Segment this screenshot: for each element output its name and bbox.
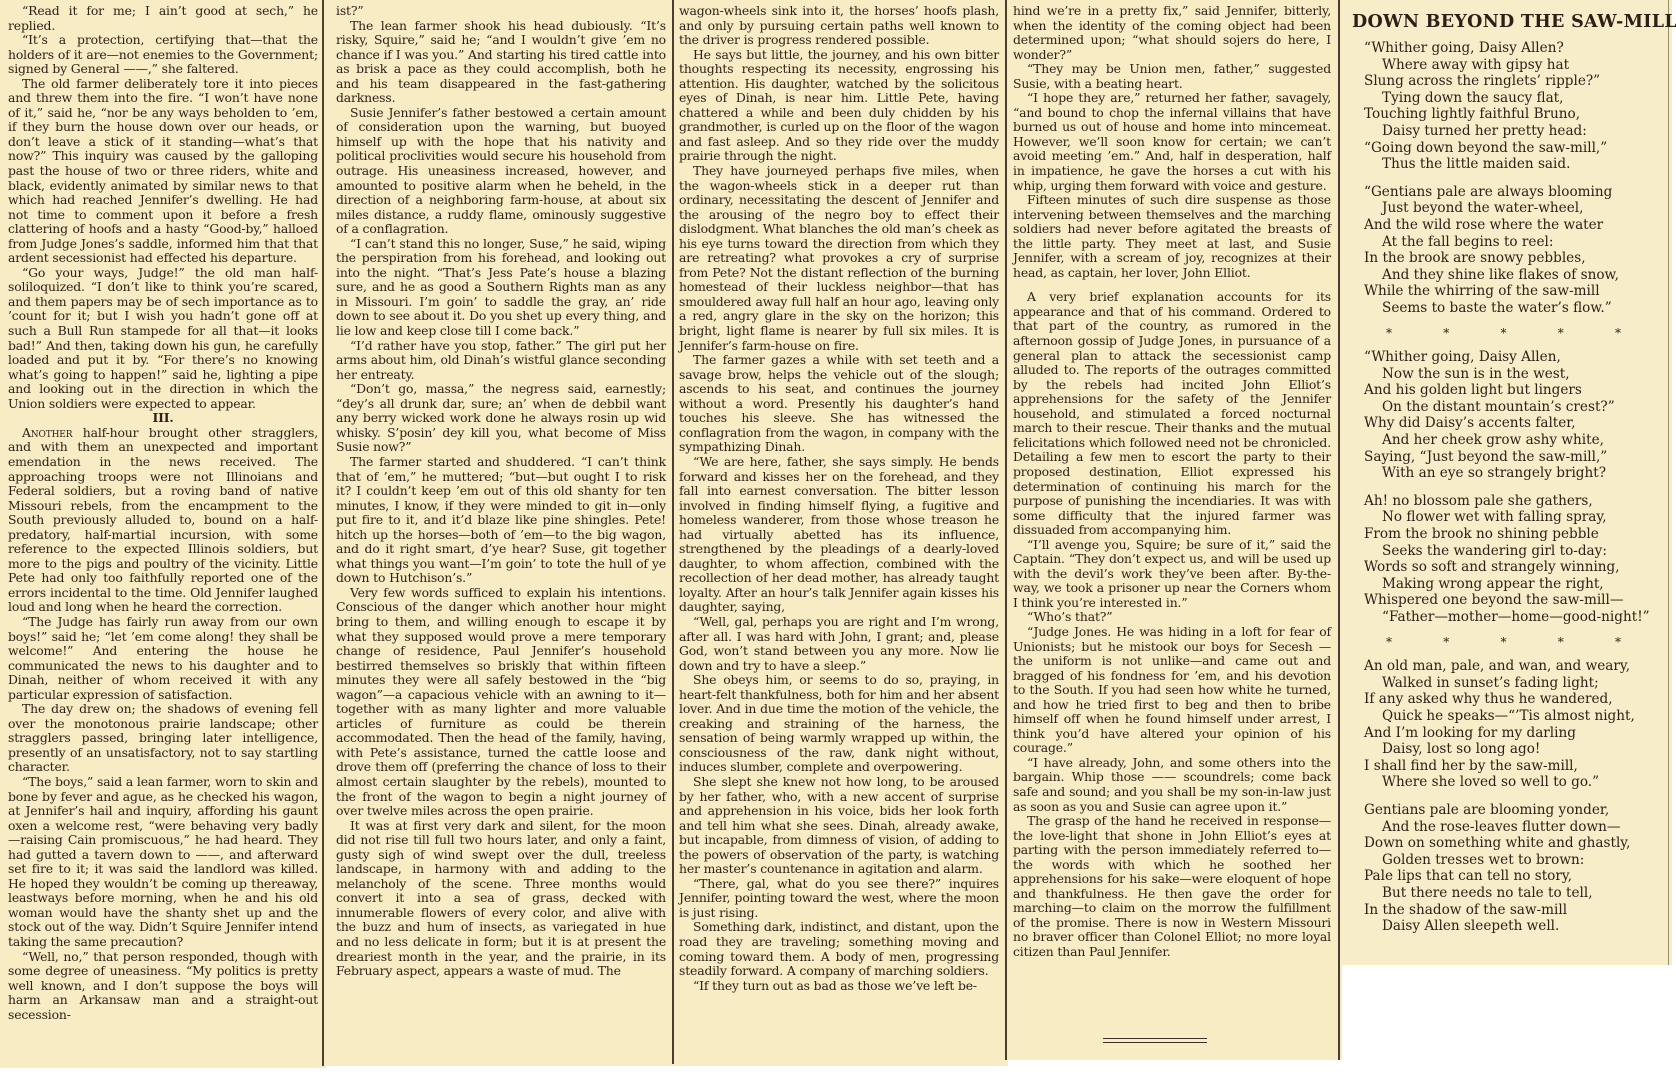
paragraph: The day drew on; the shadows of evening … [8,702,318,775]
poem-line: Daisy turned her pretty head: [1364,123,1664,140]
paragraph: A very brief explanation accounts for it… [1013,290,1331,537]
article-column-4: hind we’re in a pretty fix,” said Jennif… [1013,4,1331,960]
poem-line: Saying, “Just beyond the saw-mill,” [1364,449,1664,466]
poem-line: “Whither going, Daisy Allen? [1364,40,1664,57]
paragraph: “It’s a protection, certifying that—that… [8,33,318,77]
poem-line: Daisy, lost so long ago! [1364,741,1664,758]
paragraph: Susie Jennifer’s father bestowed a certa… [336,106,666,237]
asterisk-icon: * [1558,325,1564,342]
poem-line: “Whither going, Daisy Allen, [1364,349,1664,366]
poem-line: Just beyond the water-wheel, [1364,200,1664,217]
paragraph: They have journeyed perhaps five miles, … [679,164,999,353]
column-rule-3 [1005,0,1007,1060]
asterisk-icon: * [1443,325,1449,342]
poem-line: Slung across the ringlets’ ripple?” [1364,73,1664,90]
poem-line: Now the sun is in the west, [1364,366,1664,383]
paragraph: Very few words sufficed to explain his i… [336,586,666,819]
poem-line: If any asked why thus he wandered, [1364,691,1664,708]
poem-line: And his golden light but lingers [1364,382,1664,399]
asterisk-icon: * [1386,325,1392,342]
poem-line: An old man, pale, and wan, and weary, [1364,658,1664,675]
poem-line: Daisy Allen sleepeth well. [1364,918,1664,935]
poem-line: Pale lips that can tell no story, [1364,868,1664,885]
paragraph: “Well, gal, perhaps you are right and I’… [679,615,999,673]
asterisk-icon: * [1501,634,1507,651]
paragraph: The old farmer deliberately tore it into… [8,77,318,266]
paragraph: wagon-wheels sink into it, the horses’ h… [679,4,999,48]
poem-line: Gentians pale are blooming yonder, [1364,802,1664,819]
poem-line: In the shadow of the saw-mill [1364,902,1664,919]
poem-stanza: “Whither going, Daisy Allen?Where away w… [1364,40,1664,173]
paragraph: “There, gal, what do you see there?” inq… [679,877,999,921]
column-rule-1 [322,0,324,1066]
poem-line: “Father—mother—home—good-night!” [1364,609,1664,626]
paragraph: “Read it for me; I ain’t good at sech,” … [8,4,318,33]
poem-stanza: “Whither going, Daisy Allen,Now the sun … [1364,349,1664,482]
poem-line: At the fall begins to reel: [1364,234,1664,251]
poem-line: I shall find her by the saw-mill, [1364,758,1664,775]
paragraph: “The boys,” said a lean farmer, worn to … [8,775,318,950]
column-rule-4 [1338,0,1340,1060]
asterisk-icon: * [1615,325,1621,342]
paragraph: “The Judge has fairly run away from our … [8,615,318,702]
article-end-rule [1103,1038,1207,1043]
asterisk-icon: * [1501,325,1507,342]
poem-stanza: “Gentians pale are always bloomingJust b… [1364,184,1664,317]
paragraph: “Who’s that?” [1013,610,1331,625]
asterisk-icon: * [1386,634,1392,651]
poem-line: Thus the little maiden said. [1364,156,1664,173]
poem-line: Seeks the wandering girl to-day: [1364,543,1664,560]
paragraph: “They may be Union men, father,” suggest… [1013,62,1331,91]
poem-line: Words so soft and strangely winning, [1364,559,1664,576]
paragraph: “Don’t go, massa,” the negress said, ear… [336,382,666,455]
poem-line: In the brook are snowy pebbles, [1364,250,1664,267]
lead-word: Another [22,425,72,440]
paragraph: “Judge Jones. He was hiding in a loft fo… [1013,625,1331,756]
paragraph: Fifteen minutes of such dire suspense as… [1013,193,1331,280]
poem-line: And the rose-leaves flutter down— [1364,819,1664,836]
poem-body: “Whither going, Daisy Allen?Where away w… [1364,40,1664,946]
paragraph: The grasp of the hand he received in res… [1013,814,1331,959]
poem-line: Ah! no blossom pale she gathers, [1364,493,1664,510]
stanza-separator-stars: ***** [1364,325,1621,342]
poem-line: Walked in sunset’s fading light; [1364,675,1664,692]
poem-line: Whispered one beyond the saw-mill— [1364,592,1664,609]
paragraph: Something dark, indistinct, and distant,… [679,920,999,978]
poem-line: “Gentians pale are always blooming [1364,184,1664,201]
column-rule-2 [672,0,674,1064]
paragraph: “I’d rather have you stop, father.” The … [336,339,666,383]
paragraph: “If they turn out as bad as those we’ve … [679,979,999,994]
poem-line: With an eye so strangely bright? [1364,465,1664,482]
poem-line: No flower wet with falling spray, [1364,509,1664,526]
paragraph: The farmer gazes a while with set teeth … [679,353,999,455]
paragraph: “Go your ways, Judge!” the old man half-… [8,266,318,411]
poem-line: And the wild rose where the water [1364,217,1664,234]
poem-line: Where she loved so well to go.” [1364,774,1664,791]
paragraph: He says but little, the journey, and his… [679,48,999,164]
paragraph: hind we’re in a pretty fix,” said Jennif… [1013,4,1331,62]
paragraph: “I hope they are,” returned her father, … [1013,91,1331,193]
paragraph: “I can’t stand this no longer, Suse,” he… [336,237,666,339]
stanza-separator-stars: ***** [1364,634,1621,651]
poem-line: Down on something white and ghastly, [1364,835,1664,852]
poem-line: Making wrong appear the right, [1364,576,1664,593]
poem-line: And her cheek grow ashy white, [1364,432,1664,449]
poem-line: Touching lightly faithful Bruno, [1364,106,1664,123]
paragraph: Another half-hour brought other straggle… [8,426,318,615]
asterisk-icon: * [1615,634,1621,651]
poem-stanza: An old man, pale, and wan, and weary,Wal… [1364,658,1664,791]
poem-line: Quick he speaks—“’Tis almost night, [1364,708,1664,725]
poem-line: From the brook no shining pebble [1364,526,1664,543]
paragraph: ist?” [336,4,666,19]
paragraph: “Well, no,” that person responded, thoug… [8,950,318,1023]
poem-title: DOWN BEYOND THE SAW-MILL. [1352,12,1670,32]
paragraph: It was at first very dark and silent, fo… [336,819,666,979]
poem-line: Where away with gipsy hat [1364,57,1664,74]
poem-stanza: Gentians pale are blooming yonder,And th… [1364,802,1664,935]
poem-line: And I’m looking for my darling [1364,725,1664,742]
asterisk-icon: * [1443,634,1449,651]
poem-line: On the distant mountain’s crest?” [1364,399,1664,416]
paragraph: “We are here, father, she says simply. H… [679,455,999,615]
paragraph: She slept she knew not how long, to be a… [679,775,999,877]
asterisk-icon: * [1558,634,1564,651]
poem-line: Tying down the saucy flat, [1364,90,1664,107]
poem-right-border [1668,0,1669,965]
poem-line: But there needs no tale to tell, [1364,885,1664,902]
poem-line: And they shine like flakes of snow, [1364,267,1664,284]
paragraph: “I have already, John, and some others i… [1013,756,1331,814]
paragraph: “I’ll avenge you, Squire; be sure of it,… [1013,538,1331,611]
poem-line: Why did Daisy’s accents falter, [1364,415,1664,432]
paragraph: The lean farmer shook his head dubiously… [336,19,666,106]
poem-line: Golden tresses wet to brown: [1364,852,1664,869]
article-column-1: “Read it for me; I ain’t good at sech,” … [8,4,318,1022]
poem-line: While the whirring of the saw-mill [1364,283,1664,300]
poem-line: Seems to baste the water’s flow.” [1364,300,1664,317]
article-column-2: ist?”The lean farmer shook his head dubi… [336,4,666,979]
section-number: III. [8,411,318,426]
paragraph: The farmer started and shuddered. “I can… [336,455,666,586]
poem-line: “Going down beyond the saw-mill,” [1364,140,1664,157]
paragraph: She obeys him, or seems to do so, prayin… [679,673,999,775]
article-column-3: wagon-wheels sink into it, the horses’ h… [679,4,999,993]
poem-stanza: Ah! no blossom pale she gathers,No flowe… [1364,493,1664,626]
